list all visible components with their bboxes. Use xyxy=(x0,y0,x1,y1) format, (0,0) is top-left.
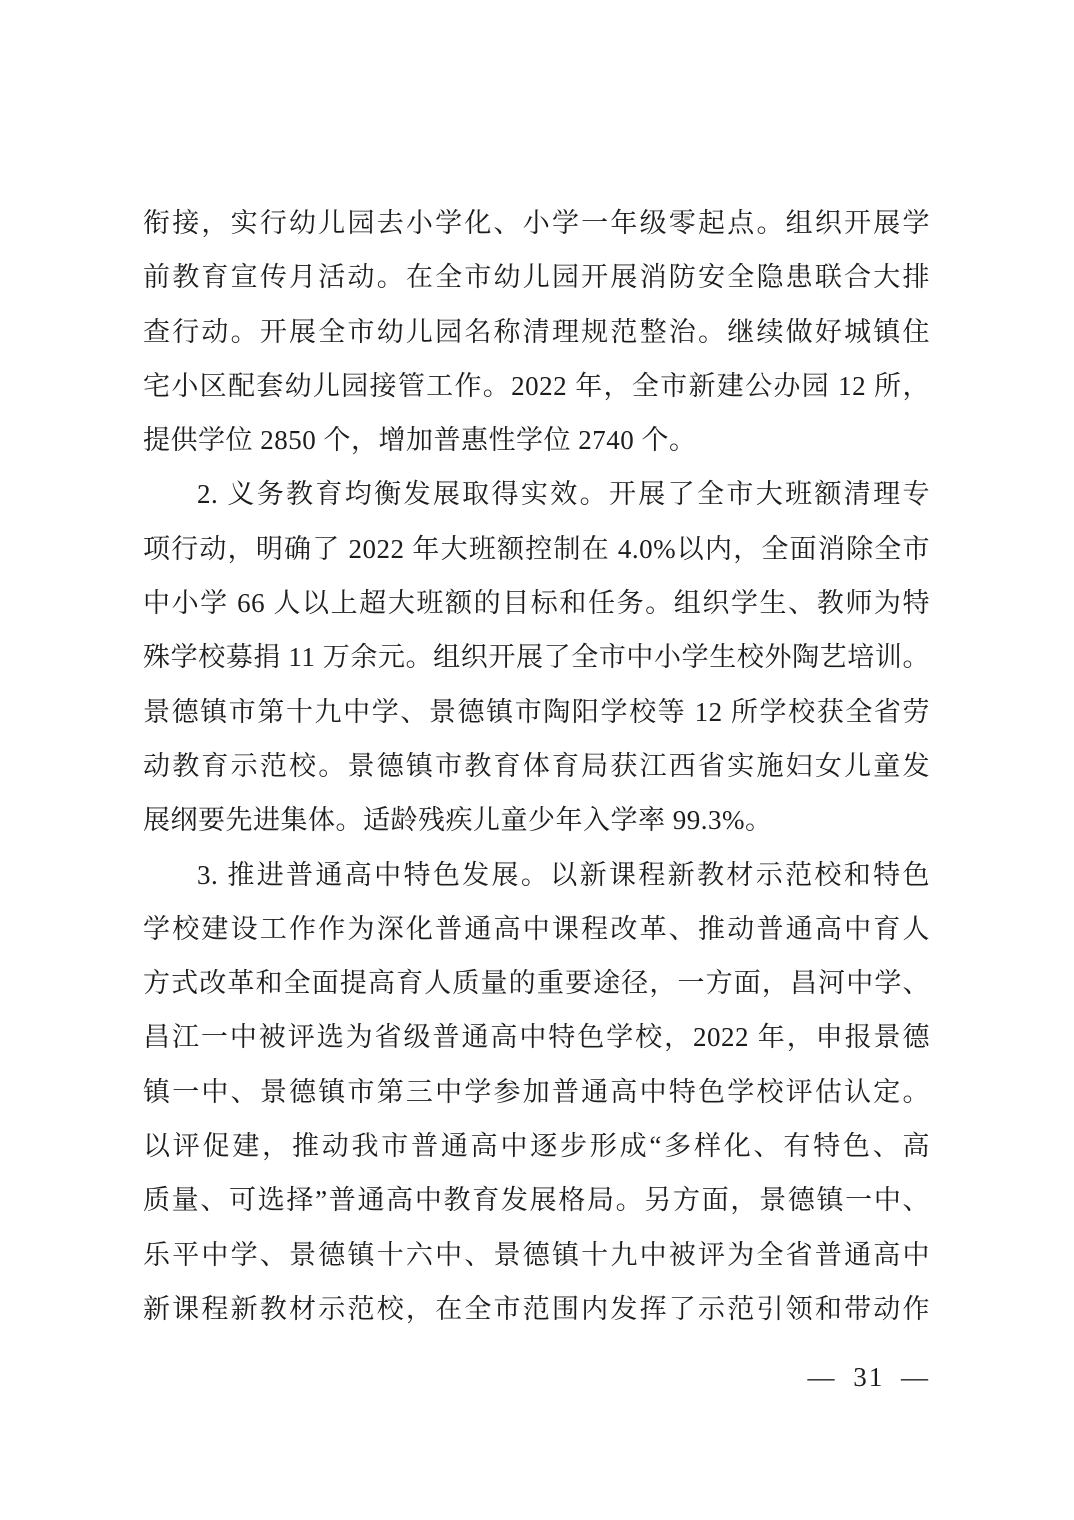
paragraph-item-3: 3. 推进普通高中特色发展。以新课程新教材示范校和特色 学校建设工作作为深化普通… xyxy=(143,848,930,1337)
page-footer: — 31 — xyxy=(143,1362,930,1393)
text-line: 质量、可选择”普通高中教育发展格局。另方面，景德镇一中、 xyxy=(143,1173,930,1227)
paragraph-item-2: 2. 义务教育均衡发展取得实效。开展了全市大班额清理专 项行动，明确了 2022… xyxy=(143,467,930,847)
document-page: 衔接，实行幼儿园去小学化、小学一年级零起点。组织开展学 前教育宣传月活动。在全市… xyxy=(0,0,1074,1520)
text-line: 新课程新教材示范校，在全市范围内发挥了示范引领和带动作 xyxy=(143,1282,930,1336)
text-line: 方式改革和全面提高育人质量的重要途径，一方面，昌河中学、 xyxy=(143,956,930,1010)
text-line: 动教育示范校。景德镇市教育体育局获江西省实施妇女儿童发 xyxy=(143,739,930,793)
text-line: 宅小区配套幼儿园接管工作。2022 年，全市新建公办园 12 所， xyxy=(143,359,930,413)
text-line: 提供学位 2850 个，增加普惠性学位 2740 个。 xyxy=(143,413,930,467)
text-line: 前教育宣传月活动。在全市幼儿园开展消防安全隐患联合大排 xyxy=(143,250,930,304)
text-line: 乐平中学、景德镇十六中、景德镇十九中被评为全省普通高中 xyxy=(143,1228,930,1282)
text-line: 查行动。开展全市幼儿园名称清理规范整治。继续做好城镇住 xyxy=(143,305,930,359)
text-line: 以评促建，推动我市普通高中逐步形成“多样化、有特色、高 xyxy=(143,1119,930,1173)
text-line: 3. 推进普通高中特色发展。以新课程新教材示范校和特色 xyxy=(143,848,930,902)
text-line: 展纲要先进集体。适龄残疾儿童少年入学率 99.3%。 xyxy=(143,793,930,847)
text-line: 中小学 66 人以上超大班额的目标和任务。组织学生、教师为特 xyxy=(143,576,930,630)
text-line: 2. 义务教育均衡发展取得实效。开展了全市大班额清理专 xyxy=(143,467,930,521)
text-line: 昌江一中被评选为省级普通高中特色学校，2022 年，申报景德 xyxy=(143,1010,930,1064)
text-line: 衔接，实行幼儿园去小学化、小学一年级零起点。组织开展学 xyxy=(143,196,930,250)
text-line: 学校建设工作作为深化普通高中课程改革、推动普通高中育人 xyxy=(143,902,930,956)
document-body: 衔接，实行幼儿园去小学化、小学一年级零起点。组织开展学 前教育宣传月活动。在全市… xyxy=(143,196,930,1336)
text-line: 镇一中、景德镇市第三中学参加普通高中特色学校评估认定。 xyxy=(143,1065,930,1119)
text-line: 殊学校募捐 11 万余元。组织开展了全市中小学生校外陶艺培训。 xyxy=(143,630,930,684)
text-line: 项行动，明确了 2022 年大班额控制在 4.0%以内，全面消除全市 xyxy=(143,522,930,576)
paragraph-continuation: 衔接，实行幼儿园去小学化、小学一年级零起点。组织开展学 前教育宣传月活动。在全市… xyxy=(143,196,930,467)
page-number: — 31 — xyxy=(808,1362,931,1393)
text-line: 景德镇市第十九中学、景德镇市陶阳学校等 12 所学校获全省劳 xyxy=(143,685,930,739)
